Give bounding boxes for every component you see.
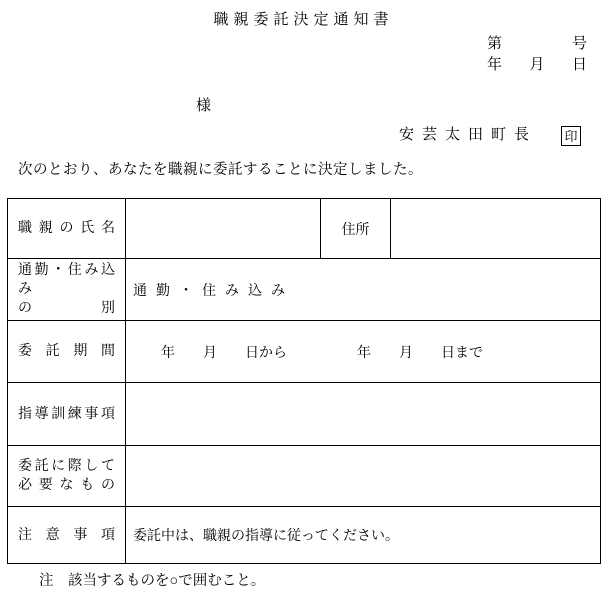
label-line-2: の別 [18,299,115,318]
field-guidance-training-items [126,383,601,446]
table-row-entrustment-period: 委託期間 年 月 日から 年 月 日まで [8,321,601,383]
seal-mark: 印 [561,126,581,146]
field-notes: 委託中は、職親の指導に従ってください。 [126,507,601,564]
date-day-label: 日 [572,55,587,76]
addressee-honorific: 様 [196,94,211,115]
doc-number-suffix: 号 [572,34,587,55]
date-month-label: 月 [529,55,544,76]
label-notes: 注意事項 [8,507,126,564]
label-entrustment-period: 委託期間 [8,321,126,383]
document-page: 職親委託決定通知書 第 号 年 月 日 様 安芸太田町長印 次のとおり、あなたを… [0,0,607,589]
doc-number-prefix: 第 [487,34,502,55]
decision-statement: 次のとおり、あなたを職親に委託することに決定しました。 [18,158,423,179]
field-entrustment-period: 年 月 日から 年 月 日まで [126,321,601,383]
document-title: 職親委託決定通知書 [0,8,607,29]
label-line-1: 通勤・住み込み [18,261,115,299]
table-row-notes: 注意事項 委託中は、職親の指導に従ってください。 [8,507,601,564]
field-items-needed [126,446,601,507]
label-commute-or-live-in: 通勤・住み込み の別 [8,259,126,321]
label-line-1: 委託に際して [18,457,115,476]
doc-number-line: 第 号 [487,34,587,55]
label-line-2: 必要なもの [18,476,115,495]
table-row-guidance-training: 指導訓練事項 [8,383,601,446]
label-address: 住所 [321,199,391,259]
field-foster-parent-name [126,199,321,259]
label-foster-parent-name: 職親の氏名 [8,199,126,259]
issuer-name: 安芸太田町長 [399,127,537,143]
footnote: 注 該当するものを○で囲むこと。 [39,569,265,589]
field-commute-or-live-in: 通勤・住み込み [126,259,601,321]
doc-date-line: 年 月 日 [487,55,587,76]
table-row-commute-or-live-in: 通勤・住み込み の別 通勤・住み込み [8,259,601,321]
doc-number-block: 第 号 年 月 日 [487,34,587,76]
date-year-label: 年 [487,55,502,76]
decision-table: 職親の氏名 住所 通勤・住み込み の別 通勤・住み込み 委託期間 年 月 日から… [7,198,601,564]
label-items-needed: 委託に際して 必要なもの [8,446,126,507]
table-row-items-needed: 委託に際して 必要なもの [8,446,601,507]
field-address [391,199,601,259]
issuer-line: 安芸太田町長印 [399,123,581,146]
table-row-foster-parent: 職親の氏名 住所 [8,199,601,259]
label-guidance-training-items: 指導訓練事項 [8,383,126,446]
